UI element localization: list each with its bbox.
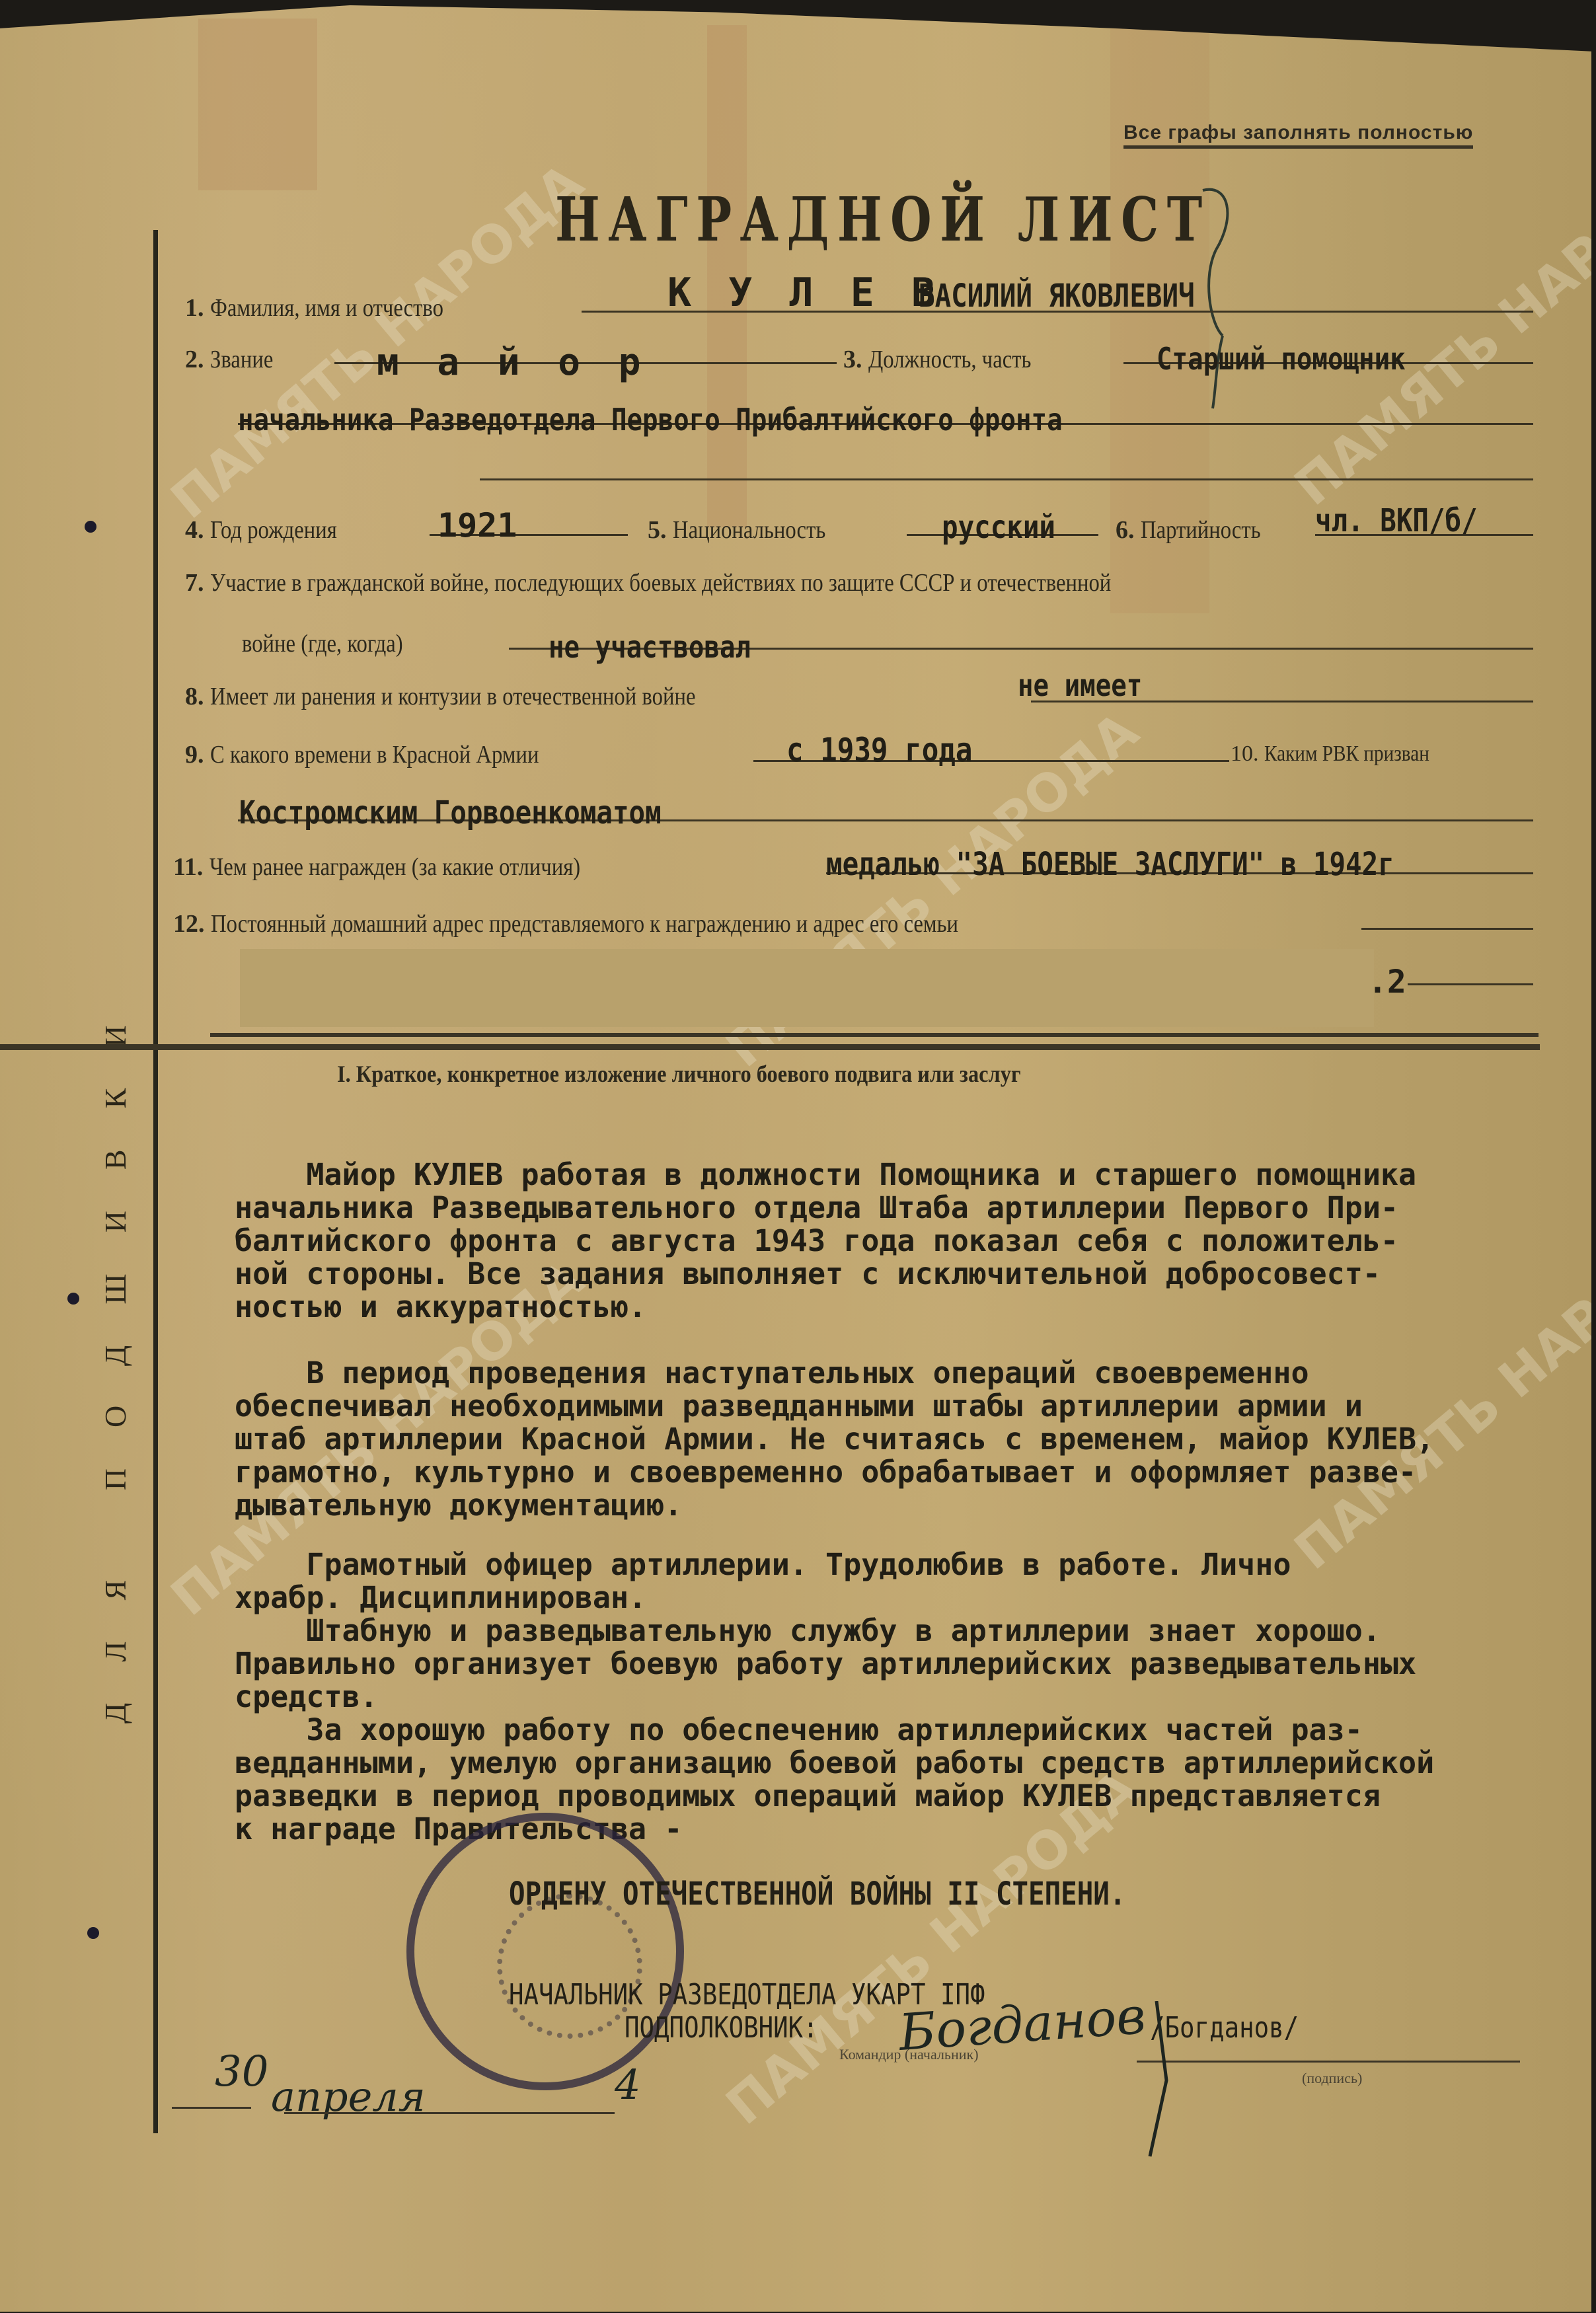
field-12-value-fragment: .2 [1368, 964, 1406, 1001]
section-divider [210, 1033, 1539, 1037]
field-10-value: Костромским Горвоенкоматом [239, 794, 662, 831]
field-12-line-2 [1408, 983, 1533, 985]
field-4-value: 1921 [437, 506, 517, 545]
award-line: ОРДЕНУ ОТЕЧЕСТВЕННОЙ ВОЙНЫ II СТЕПЕНИ. [509, 1876, 1125, 1913]
date-line [284, 2112, 615, 2114]
field-3-label: 3. Должность, часть [843, 345, 1058, 374]
document-page: ПАМЯТЬ НАРОДА ПАМЯТЬ НАРОДА ПАМЯТЬ НАРОД… [0, 5, 1591, 2312]
field-9-label: 9. С какого времени в Красной Армии [185, 740, 592, 769]
redacted-address [240, 949, 1374, 1027]
field-10-label: 10. Каким РВК призван [1231, 741, 1457, 767]
field-9-value: с 1939 года [786, 731, 972, 769]
punch-hole [85, 521, 96, 533]
field-12-label: 12. Постоянный домашний адрес представля… [173, 909, 1080, 938]
binding-margin-line [153, 230, 158, 2133]
date-year: 4 [615, 2061, 640, 2109]
nominated-line [480, 478, 1533, 480]
citation-paragraph-3: Грамотный офицер артиллерии. Трудолюбив … [235, 1548, 1550, 1846]
field-1-name: ВАСИЛИЙ ЯКОВЛЕВИЧ [919, 278, 1195, 315]
document-title: НАГРАДНОЙ ЛИСТ [555, 184, 1211, 255]
field-11-label: 11. Чем ранее награжден (за какие отличи… [173, 853, 640, 882]
instruction-note: Все графы заполнять полностью [1123, 122, 1473, 149]
date-line [172, 2107, 251, 2109]
binding-margin-label: ДЛЯ ПОДШИВКИ [98, 985, 133, 1724]
field-3-value-line1: Старший помощник [1157, 341, 1406, 377]
field-1-label: 1. Фамилия, имя и отчество [185, 293, 481, 322]
field-2-value: м а й о р [377, 341, 648, 384]
field-2-label: 2. Звание [185, 345, 284, 374]
field-7-value: не участвовал [549, 629, 751, 665]
date-day: 30 [215, 2047, 268, 2096]
field-8-value: не имеет [1018, 667, 1142, 703]
field-1-surname: К У Л Е В [667, 270, 942, 316]
citation-paragraph-1: Майор КУЛЕВ работая в должности Помощник… [235, 1158, 1550, 1324]
field-7-label-line2: войне (где, когда) [242, 629, 429, 658]
punch-hole [67, 1293, 79, 1305]
field-5-value: русский [942, 509, 1055, 546]
field-12-line [1361, 928, 1533, 930]
field-3-value-line2: начальника Разведотдела Первого Прибалти… [238, 402, 1063, 437]
field-8-label: 8. Имеет ли ранения и контузии в отечест… [185, 682, 775, 711]
citation-paragraph-2: В период проведения наступательных опера… [235, 1357, 1550, 1522]
field-6-value: чл. ВКП/б/ [1315, 502, 1478, 539]
signature-caption: (подпись) [1302, 2070, 1362, 2087]
section-divider [0, 1044, 1540, 1050]
signatory-rank: ПОДПОЛКОВНИК: [625, 2011, 818, 2045]
section-heading: I. Краткое, конкретное изложение личного… [337, 1060, 1021, 1088]
field-5-label: 5. Национальность [648, 515, 851, 545]
field-6-label: 6. Партийность [1116, 515, 1280, 545]
watermark: ПАМЯТЬ НАРОДА [1286, 143, 1596, 514]
signature-line [1137, 2061, 1520, 2063]
field-11-value: медалью "ЗА БОЕВЫЕ ЗАСЛУГИ" в 1942г [826, 846, 1394, 883]
signature-stroke [1137, 2001, 1190, 2160]
seal-emblem [497, 1893, 642, 2039]
punch-hole [87, 1927, 99, 1939]
field-7-label: 7. Участие в гражданской войне, последую… [185, 568, 1258, 597]
field-4-label: 4. Год рождения [185, 515, 358, 545]
official-seal-stamp [406, 1813, 684, 2090]
paper-stain [198, 19, 317, 190]
